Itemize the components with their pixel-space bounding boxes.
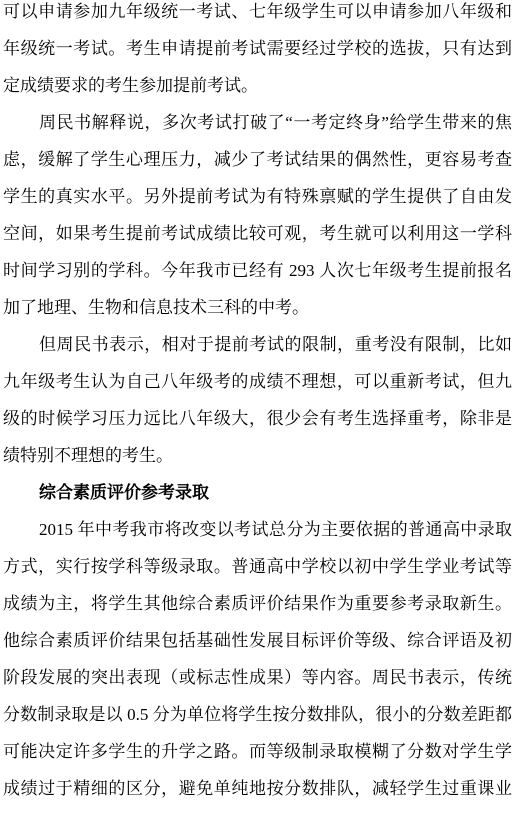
text-line: 学生的真实水平。另外提前考试为有特殊禀赋的学生提供了自由发展 bbox=[3, 178, 512, 215]
text-line: 2015 年中考我市将改变以考试总分为主要依据的普通高中录取 bbox=[3, 511, 512, 548]
text-line: 九年级考生认为自己八年级考的成绩不理想，可以重新考试，但九年 bbox=[3, 363, 512, 400]
text-line: 定成绩要求的考生参加提前考试。 bbox=[3, 67, 512, 104]
text-line: 空间，如果考生提前考试成绩比较可观，考生就可以利用这一学科的 bbox=[3, 215, 512, 252]
text-line: 方式，实行按学科等级录取。普通高中学校以初中学生学业考试等级 bbox=[3, 548, 512, 585]
paragraph: 2015 年中考我市将改变以考试总分为主要依据的普通高中录取方式，实行按学科等级… bbox=[3, 511, 512, 807]
text-line: 他综合素质评价结果包括基础性发展目标评价等级、综合评语及初中 bbox=[3, 622, 512, 659]
document-page: 可以申请参加九年级统一考试、七年级学生可以申请参加八年级和九年级统一考试。考生申… bbox=[3, 0, 512, 807]
text-line: 虑，缓解了学生心理压力，减少了考试结果的偶然性，更容易考查出 bbox=[3, 141, 512, 178]
text-line: 可能决定许多学生的升学之路。而等级制录取模糊了分数对学生学业 bbox=[3, 733, 512, 770]
text-line: 阶段发展的突出表现（或标志性成果）等内容。周民书表示，传统的 bbox=[3, 659, 512, 696]
text-line: 可以申请参加九年级统一考试、七年级学生可以申请参加八年级和九 bbox=[3, 0, 512, 30]
text-line: 综合素质评价参考录取 bbox=[3, 474, 512, 511]
text-line: 成绩为主，将学生其他综合素质评价结果作为重要参考录取新生。其 bbox=[3, 585, 512, 622]
text-line: 周民书解释说，多次考试打破了“一考定终身”给学生带来的焦 bbox=[3, 104, 512, 141]
paragraph: 周民书解释说，多次考试打破了“一考定终身”给学生带来的焦虑，缓解了学生心理压力，… bbox=[3, 104, 512, 326]
text-line: 时间学习别的学科。今年我市已经有 293 人次七年级考生提前报名参 bbox=[3, 252, 512, 289]
text-line: 成绩过于精细的区分，避免单纯地按分数排队，减轻学生过重课业负 bbox=[3, 770, 512, 807]
section-heading: 综合素质评价参考录取 bbox=[3, 474, 512, 511]
text-line: 绩特别不理想的考生。 bbox=[3, 437, 512, 474]
text-line: 分数制录取是以 0.5 分为单位将学生按分数排队，很小的分数差距都 bbox=[3, 696, 512, 733]
paragraph: 可以申请参加九年级统一考试、七年级学生可以申请参加八年级和九年级统一考试。考生申… bbox=[3, 0, 512, 104]
text-line: 加了地理、生物和信息技术三科的中考。 bbox=[3, 289, 512, 326]
text-line: 但周民书表示，相对于提前考试的限制，重考没有限制，比如说 bbox=[3, 326, 512, 363]
text-line: 级的时候学习压力远比八年级大，很少会有考生选择重考，除非是成 bbox=[3, 400, 512, 437]
text-line: 年级统一考试。考生申请提前考试需要经过学校的选拔，只有达到一 bbox=[3, 30, 512, 67]
paragraph: 但周民书表示，相对于提前考试的限制，重考没有限制，比如说九年级考生认为自己八年级… bbox=[3, 326, 512, 474]
